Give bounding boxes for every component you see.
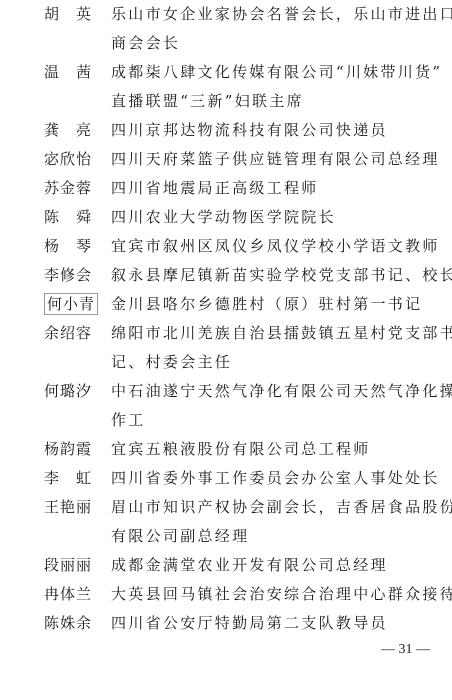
person-title: 成都柒八肆文化传媒有限公司“川妹带川货” 直播联盟“三新”妇联主席 bbox=[111, 58, 447, 116]
person-name: 胡 英 bbox=[44, 0, 100, 29]
person-title: 宜宾市叙州区凤仪乡凤仪学校小学语文教师 bbox=[111, 232, 447, 261]
person-title: 四川省地震局正高级工程师 bbox=[111, 174, 447, 203]
page-number: — 31 — bbox=[381, 642, 430, 658]
person-name: 何璐汐 bbox=[44, 377, 100, 406]
person-title: 四川省公安厅特勤局第二支队教导员 bbox=[111, 609, 447, 638]
person-title: 成都金满堂农业开发有限公司总经理 bbox=[111, 551, 447, 580]
document-page: 胡 英 乐山市女企业家协会名誉会长，乐山市进出口 商会会长 温 茜 成都柒八肆文… bbox=[0, 0, 452, 700]
person-name: 余绍容 bbox=[44, 319, 100, 348]
person-title: 金川县咯尔乡德胜村（原）驻村第一书记 bbox=[111, 290, 447, 319]
person-name: 段丽丽 bbox=[44, 551, 100, 580]
person-name: 温 茜 bbox=[44, 58, 100, 87]
person-title: 大英县回马镇社会治安综合治理中心群众接待员 bbox=[111, 580, 447, 609]
person-title: 四川农业大学动物医学院院长 bbox=[111, 203, 447, 232]
person-name: 王艳丽 bbox=[44, 493, 100, 522]
person-name-highlighted: 何小青 bbox=[44, 290, 100, 319]
person-title: 四川京邦达物流科技有限公司快递员 bbox=[111, 116, 447, 145]
person-title: 叙永县摩尼镇新苗实验学校党支部书记、校长 bbox=[111, 261, 447, 290]
person-name: 杨韵霞 bbox=[44, 435, 100, 464]
person-name: 陈 舜 bbox=[44, 203, 100, 232]
person-title: 四川天府菜篮子供应链管理有限公司总经理 bbox=[111, 145, 447, 174]
person-title: 四川省委外事工作委员会办公室人事处处长 bbox=[111, 464, 447, 493]
person-title: 中石油遂宁天然气净化有限公司天然气净化操 作工 bbox=[111, 377, 447, 435]
person-title: 乐山市女企业家协会名誉会长，乐山市进出口 商会会长 bbox=[111, 0, 447, 58]
person-name: 苏金蓉 bbox=[44, 174, 100, 203]
person-name: 陈姝余 bbox=[44, 609, 100, 638]
person-name: 李 虹 bbox=[44, 464, 100, 493]
person-title: 眉山市知识产权协会副会长，吉香居食品股份 有限公司副总经理 bbox=[111, 493, 447, 551]
person-name: 李修会 bbox=[44, 261, 100, 290]
person-title: 宜宾五粮液股份有限公司总工程师 bbox=[111, 435, 447, 464]
person-name: 龚 亮 bbox=[44, 116, 100, 145]
person-name: 宓欣怡 bbox=[44, 145, 100, 174]
person-name: 杨 琴 bbox=[44, 232, 100, 261]
person-title: 绵阳市北川羌族自治县擂鼓镇五星村党支部书 记、村委会主任 bbox=[111, 319, 447, 377]
person-name: 冉体兰 bbox=[44, 580, 100, 609]
